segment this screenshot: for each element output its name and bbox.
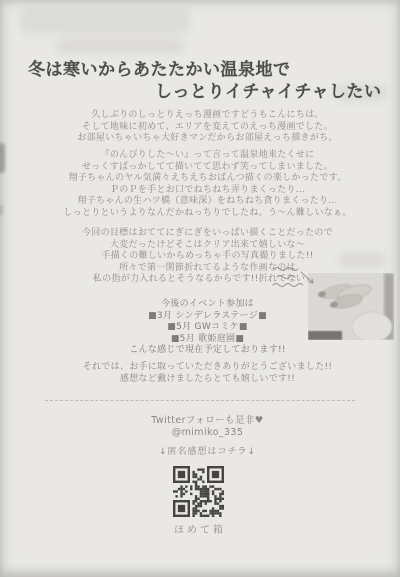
text-line: 久しぶりのしっとりえっち漫画ですどうもこんにちは。 — [15, 110, 400, 122]
text-line: しっとりというよりなんだかねっちりでしたね。う〜ん難しいなぁ。 — [15, 208, 400, 220]
text-line: 手描くの難しいからめっちゃ手の写真撮りました!! — [15, 251, 400, 263]
bleedthrough-ghost — [20, 8, 190, 34]
text-line: 翔子ちゃんのヤル気満々えちえちおぱんつ描くの楽しかったです。 — [15, 173, 400, 185]
text-line: 今回の目標はおててにぎにぎをいっぱい描くことだったので — [15, 228, 400, 240]
twitter-block: Twitterフォローも是非♥ @mimiko_335 — [15, 415, 400, 439]
dotted-divider — [45, 400, 355, 401]
scanned-afterword-page: 冬は寒いからあたたかい温泉地で しっとりイチャイチャしたい 久しぶりのしっとりえ… — [0, 0, 400, 577]
text-line: そして地味に初めて、エリアを変えてのえっち漫画でした。 — [15, 122, 400, 134]
twitter-follow-line: Twitterフォローも是非♥ — [15, 415, 400, 427]
closing-thanks: それでは、お手に取っていただきありがとうございました!! 感想など戴けましたらと… — [15, 362, 400, 385]
text-line: 『のんびりした〜い』って言って温泉地来たくせに — [15, 150, 400, 162]
text-line: ＰのＰを手とお口でねちねち弄りまくったり… — [15, 185, 400, 197]
text-line: お部屋いちゃいちゃ大好きマンだからお部屋えっち描きがち。 — [15, 133, 400, 145]
bleedthrough-ghost — [55, 38, 185, 54]
qr-code — [173, 466, 224, 517]
text-line: 感想など戴けましたらとても嬉しいです!! — [15, 374, 400, 386]
handwritten-note — [271, 263, 317, 305]
text-line: 大変だったけどそこはクリア出来て嬉しいな〜 — [15, 240, 400, 252]
event-footer: こんな感じで現在予定しております!! — [15, 345, 400, 357]
text-line: それでは、お手に取っていただきありがとうございました!! — [15, 362, 400, 374]
hand-reference-photo — [308, 273, 394, 340]
page-title-line2: しっとりイチャイチャしたい — [155, 77, 381, 102]
afterword-paragraph-1: 久しぶりのしっとりえっち漫画ですどうもこんにちは。 そして地味に初めて、エリアを… — [15, 110, 400, 145]
text-line: 翔子ちゃんの生ハツ橋（意味深）をねちねち貪りまくったり… — [15, 196, 400, 208]
scan-edge-smudge — [0, 205, 3, 215]
text-line: せっくすばっかしてて描いてて思わず笑ってしまいました。 — [15, 162, 400, 174]
twitter-handle: @mimiko_335 — [15, 427, 400, 439]
feedback-line: ↓匿名感想はコチラ↓ — [15, 444, 400, 457]
afterword-paragraph-2: 『のんびりした〜い』って言って温泉地来たくせに せっくすばっかしてて描いてて思わ… — [15, 150, 400, 220]
qr-caption: ほめて箱 — [15, 521, 385, 536]
scan-edge-smudge — [0, 143, 5, 173]
